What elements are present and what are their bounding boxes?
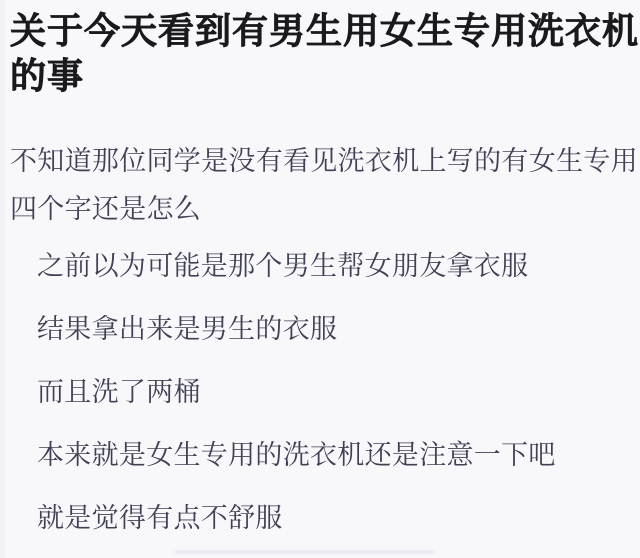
intro-line-2: 四个字还是怎么 — [10, 185, 630, 233]
post-screenshot: 关于今天看到有男生用女生专用洗衣机 的事 不知道那位同学是没有看见洗衣机上写的有… — [0, 0, 640, 558]
detail-line-3: 而且洗了两桶 — [37, 361, 630, 424]
post-intro-paragraph: 不知道那位同学是没有看见洗衣机上写的有女生专用 四个字还是怎么 — [10, 137, 630, 233]
post-detail-list: 之前以为可能是那个男生帮女朋友拿衣服 结果拿出来是男生的衣服 而且洗了两桶 本来… — [37, 235, 630, 550]
post-title: 关于今天看到有男生用女生专用洗衣机 的事 — [10, 8, 630, 98]
detail-line-1: 之前以为可能是那个男生帮女朋友拿衣服 — [37, 235, 630, 298]
detail-line-2: 结果拿出来是男生的衣服 — [37, 298, 630, 361]
post-title-line-1: 关于今天看到有男生用女生专用洗衣机 — [10, 8, 630, 53]
left-edge-shading — [0, 0, 5, 558]
cropped-next-line-artifact — [175, 550, 435, 554]
intro-line-1: 不知道那位同学是没有看见洗衣机上写的有女生专用 — [10, 137, 630, 185]
detail-line-4: 本来就是女生专用的洗衣机还是注意一下吧 — [37, 424, 630, 487]
post-title-line-2: 的事 — [10, 53, 630, 98]
detail-line-5: 就是觉得有点不舒服 — [37, 487, 630, 550]
